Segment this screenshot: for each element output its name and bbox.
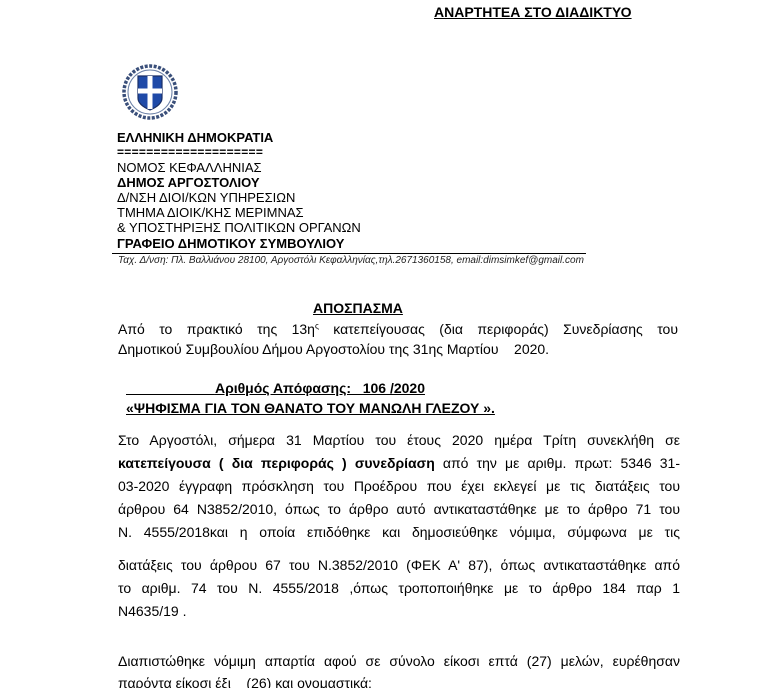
contact-info: Ταχ. Δ/νση: Πλ. Βαλλιάνου 28100, Αργοστό…	[118, 255, 584, 266]
intro-line-2: Δημοτικού Συμβουλίου Δήμου Αργοστολίου τ…	[118, 341, 678, 357]
greek-coat-of-arms-icon	[121, 63, 179, 121]
body-line: Στο Αργοστόλι, σήμερα 31 Μαρτίου του έτο…	[118, 432, 680, 448]
body-line: 03-2020 έγγραφη πρόσκληση του Προέδρου π…	[118, 478, 680, 494]
body-line: Ν. 4555/2018και η οποία επιδόθηκε και δη…	[118, 524, 680, 540]
prefecture: ΝΟΜΟΣ ΚΕΦΑΛΛΗΝΙΑΣ	[117, 160, 262, 175]
body-line: διατάξεις του άρθρου 67 του Ν.3852/2010 …	[118, 557, 680, 573]
body-line: το αριθμ. 74 του Ν. 4555/2018 ,όπως τροπ…	[118, 580, 680, 596]
body-line: Ν4635/19 .	[118, 603, 680, 619]
department-support: & ΥΠΟΣΤΗΡΙΞΗΣ ΠΟΛΙΤΙΚΩΝ ΟΡΓΑΝΩΝ	[117, 220, 361, 235]
country-name: ΕΛΛΗΝΙΚΗ ΔΗΜΟΚΡΑΤΙΑ	[117, 130, 273, 145]
quorum-line-1: Διαπιστώθηκε νόμιμη απαρτία αφού σε σύνο…	[118, 653, 680, 669]
body-line: κατεπείγουσα ( δια περιφοράς ) συνεδρίασ…	[118, 455, 680, 471]
document-title: ΑΠΟΣΠΑΣΜΑ	[313, 300, 403, 316]
council-office: ΓΡΑΦΕΙΟ ΔΗΜΟΤΙΚΟΥ ΣΥΜΒΟΥΛΙΟΥ	[117, 236, 344, 251]
directorate: Δ/ΝΣΗ ΔΙΟΙ/ΚΩΝ ΥΠΗΡΕΣΙΩΝ	[117, 190, 295, 205]
quorum-line-2: παρόντα είκοσι έξι (26) και ονομαστικά:	[118, 675, 680, 688]
header-divider	[112, 253, 586, 254]
body-line: άρθρου 64 Ν3852/2010, όπως το άρθρο αυτό…	[118, 501, 680, 517]
department: ΤΜΗΜΑ ΔΙΟΙΚ/ΚΗΣ ΜΕΡΙΜΝΑΣ	[117, 205, 304, 220]
decision-title: «ΨΗΦΙΣΜΑ ΓΙΑ ΤΟΝ ΘΑΝΑΤΟ ΤΟΥ ΜΑΝΩΛΗ ΓΛΕΖΟ…	[126, 400, 495, 416]
header-separator: ====================	[117, 145, 263, 160]
intro-line-1: Από το πρακτικό της 13ης κατεπείγουσας (…	[118, 321, 678, 337]
publish-note: ΑΝΑΡΤΗΤΕΑ ΣΤΟ ΔΙΑΔΙΚΤΥΟ	[434, 4, 632, 20]
municipality: ΔΗΜΟΣ ΑΡΓΟΣΤΟΛΙΟΥ	[117, 175, 260, 190]
decision-number: Αριθμός Απόφασης: 106 /2020	[126, 380, 425, 396]
